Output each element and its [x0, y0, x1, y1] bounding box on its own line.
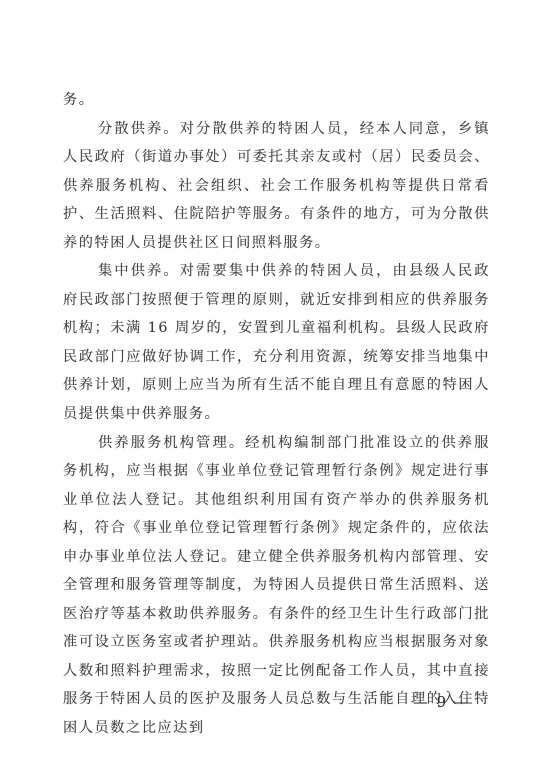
document-body: 务。 分散供养。对分散供养的特困人员，经本人同意，乡镇人民政府（街道办事处）可委… [63, 86, 490, 743]
paragraph-dispersed-support: 分散供养。对分散供养的特困人员，经本人同意，乡镇人民政府（街道办事处）可委托其亲… [63, 115, 490, 258]
paragraph-continuation: 务。 [63, 86, 490, 115]
paragraph-centralized-support: 集中供养。对需要集中供养的特困人员，由县级人民政府民政部门按照便于管理的原则，就… [63, 257, 490, 428]
document-page: 务。 分散供养。对分散供养的特困人员，经本人同意，乡镇人民政府（街道办事处）可委… [0, 0, 550, 778]
page-number: — 9 — [413, 693, 472, 711]
